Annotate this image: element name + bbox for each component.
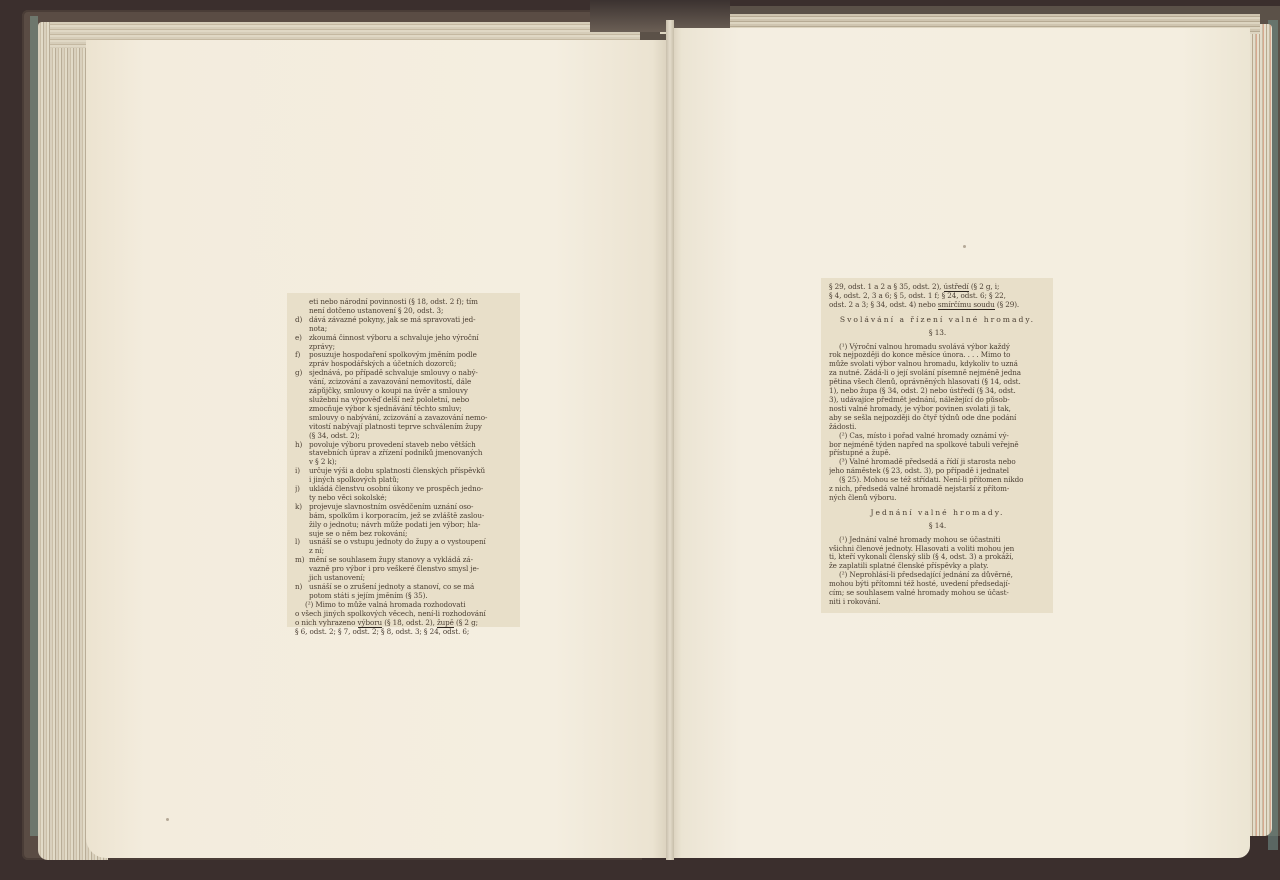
photo-scene: eti nebo národní povinnosti (§ 18, odst.… [0, 0, 1280, 880]
list-marker: j) [295, 485, 309, 494]
text-line: bor nejméně týden napřed na spolkové tab… [829, 441, 1046, 450]
right-clipping: § 29, odst. 1 a 2 a § 35, odst. 2), ústř… [821, 278, 1053, 613]
book-gutter [666, 20, 674, 860]
text-line: eti nebo národní povinnosti (§ 18, odst.… [295, 298, 513, 307]
text-line: za nutné. Žádá-li o její svolání písemně… [829, 369, 1046, 378]
text-line: ti, kteří vykonali členský slib (§ 4, od… [829, 553, 1046, 562]
text-line: nosti valné hromady, je výbor povinen sv… [829, 405, 1046, 414]
text: (§ 2 g, i; [969, 283, 1000, 291]
text-line: niti i rokování. [829, 598, 1046, 607]
list-item: f)posuzuje hospodaření spolkovým jměním … [295, 351, 513, 360]
list-item-text: povoluje výboru provedení staveb nebo vě… [309, 441, 513, 450]
list-item-text: ukládá členstvu osobní úkony ve prospěch… [309, 485, 513, 494]
text-line: žádosti. [829, 423, 1046, 432]
text-line: suje se o něm bez rokování; [295, 530, 513, 539]
underlined-word: župě [437, 619, 454, 628]
text-line: mohou býti přítomni též hosté, uvedení p… [829, 580, 1046, 589]
text: (§ 18, odst. 2), [382, 619, 437, 627]
paper-speck [963, 245, 966, 248]
text-line: i jiných spolkových platů; [295, 476, 513, 485]
list-item: i)určuje výši a dobu splatnosti členskýc… [295, 467, 513, 476]
text-line: stavebních úprav a zřízení podniků jmeno… [295, 449, 513, 458]
list-item: m)mění se souhlasem župy stanovy a vyklá… [295, 556, 513, 565]
text-line: jich ustanovení; [295, 574, 513, 583]
text-line: ných členů výboru. [829, 494, 1046, 503]
text-line: všichni členové jednoty. Hlasovati a vol… [829, 545, 1046, 554]
list-item: j)ukládá členstvu osobní úkony ve prospě… [295, 485, 513, 494]
text-line: není dotčeno ustanovení § 20, odst. 3; [295, 307, 513, 316]
para2-line3: o nich vyhrazeno výboru (§ 18, odst. 2),… [295, 619, 513, 628]
list-item-text: sjednává, po případě schvaluje smlouvy o… [309, 369, 513, 378]
list-marker: g) [295, 369, 309, 378]
text-line: zpráv hospodářských a účetních dozorců; [295, 360, 513, 369]
top-line2: § 4, odst. 2, 3 a 6; § 5, odst. 1 f; § 2… [829, 292, 1046, 301]
text: (§ 29). [995, 301, 1019, 309]
para2-line1: (²) Mimo to může valná hromada rozhodova… [295, 601, 513, 610]
list-item-text: zkoumá činnost výboru a schvaluje jeho v… [309, 334, 513, 343]
text-line: pětina všech členů, oprávněných hlasovat… [829, 378, 1046, 387]
text-line: vazně pro výbor i pro veškeré členstvo s… [295, 565, 513, 574]
text-line: (²) Neprohlásí-li předsedající jednání z… [829, 571, 1046, 580]
text-line: služební na výpověď delší než pololetní,… [295, 396, 513, 405]
text-line: (§ 34, odst. 2); [295, 432, 513, 441]
text-line: bám, spolkům i korporacím, jež se zvlášt… [295, 512, 513, 521]
list-marker: k) [295, 503, 309, 512]
text-line: vání, zcizování a zavazování nemovitostí… [295, 378, 513, 387]
paper-speck [166, 818, 169, 821]
underlined-word: výboru [358, 619, 383, 628]
list-item-text: posuzuje hospodaření spolkovým jměním po… [309, 351, 513, 360]
para2-line2: o všech jiných spolkových věcech, není-l… [295, 610, 513, 619]
text: § 29, odst. 1 a 2 a § 35, odst. 2), [829, 283, 944, 291]
top-line1: § 29, odst. 1 a 2 a § 35, odst. 2), ústř… [829, 283, 1046, 292]
list-item: g)sjednává, po případě schvaluje smlouvy… [295, 369, 513, 378]
text-line: zprávy; [295, 343, 513, 352]
text-line: může svolati výbor valnou hromadu, kdyko… [829, 360, 1046, 369]
list-marker: e) [295, 334, 309, 343]
list-item-text: usnáší se o zrušení jednoty a stanoví, c… [309, 583, 513, 592]
text-line: nota; [295, 325, 513, 334]
text-line: že zaplatili splatné členské příspěvky a… [829, 562, 1046, 571]
section-14-body: (¹) Jednání valné hromady mohou se účast… [829, 536, 1046, 607]
list-marker: l) [295, 538, 309, 547]
text-line: smlouvy o nabývání, zcizování a zavazová… [295, 414, 513, 423]
list-item: l)usnáší se o vstupu jednoty do župy a o… [295, 538, 513, 547]
list-item: h)povoluje výboru provedení staveb nebo … [295, 441, 513, 450]
text-line: (²) Čas, místo i pořad valné hromady ozn… [829, 432, 1046, 441]
text-line: zmocňuje výbor k sjednávání těchto smluv… [295, 405, 513, 414]
list-item-text: usnáší se o vstupu jednoty do župy a o v… [309, 538, 513, 547]
cover-edge-left [30, 16, 38, 836]
list-item: k)projevuje slavnostním osvědčením uznán… [295, 503, 513, 512]
list-item: n)usnáší se o zrušení jednoty a stanoví,… [295, 583, 513, 592]
list-item-text: mění se souhlasem župy stanovy a vykládá… [309, 556, 513, 565]
text-line: z nich, předsedá valné hromadě nejstarší… [829, 485, 1046, 494]
text-line: (³) Valné hromadě předsedá a řídí ji sta… [829, 458, 1046, 467]
list-item: d)dává závazné pokyny, jak se má spravov… [295, 316, 513, 325]
text: o nich vyhrazeno [295, 619, 358, 627]
section-heading: Svolávání a řízení valné hromady. [829, 316, 1046, 325]
section-number: § 13. [829, 329, 1046, 338]
list-marker: d) [295, 316, 309, 325]
text-line: aby se sešla nejpozději do čtyř týdnů od… [829, 414, 1046, 423]
text-line: cím; se souhlasem valné hromady mohou se… [829, 589, 1046, 598]
text-line: přístupné a župě. [829, 449, 1046, 458]
text-line: 1), nebo župa (§ 34, odst. 2) nebo ústře… [829, 387, 1046, 396]
text-line: ty nebo věci sokolské; [295, 494, 513, 503]
text: odst. 2 a 3; § 34, odst. 4) nebo [829, 301, 938, 309]
text-line: rok nejpozději do konce měsíce února. . … [829, 351, 1046, 360]
text-line: z ní; [295, 547, 513, 556]
left-clipping-lines: eti nebo národní povinnosti (§ 18, odst.… [295, 298, 513, 601]
text-line: zápůjčky, smlouvy o koupi na úvěr a smlo… [295, 387, 513, 396]
list-marker: m) [295, 556, 309, 565]
list-marker: n) [295, 583, 309, 592]
section-13-body: (¹) Výroční valnou hromadu svolává výbor… [829, 343, 1046, 503]
list-marker: h) [295, 441, 309, 450]
text-line: (¹) Jednání valné hromady mohou se účast… [829, 536, 1046, 545]
text-line: (§ 25). Mohou se též střídati. Není-li p… [829, 476, 1046, 485]
list-marker: f) [295, 351, 309, 360]
text-line: v § 2 k); [295, 458, 513, 467]
section-number: § 14. [829, 522, 1046, 531]
underlined-word: ústředí [944, 283, 969, 292]
text-line: (¹) Výroční valnou hromadu svolává výbor… [829, 343, 1046, 352]
list-item-text: projevuje slavnostním osvědčením uznání … [309, 503, 513, 512]
list-item-text: určuje výši a dobu splatnosti členských … [309, 467, 513, 476]
underlined-word: smírčímu soudu [938, 301, 995, 310]
text-line: jeho náměstek (§ 23, odst. 3), po případ… [829, 467, 1046, 476]
text-line: vitostí nabývají platnosti teprve schvál… [295, 423, 513, 432]
text-line: potom státi s jejím jměním (§ 35). [295, 592, 513, 601]
section-heading: Jednání valné hromady. [829, 509, 1046, 518]
text-line: žily o jednotu; návrh může podati jen vý… [295, 521, 513, 530]
text-line: 3), udávajíce předmět jednání, náležejíc… [829, 396, 1046, 405]
list-marker: i) [295, 467, 309, 476]
text: (§ 2 g; [454, 619, 478, 627]
top-line3: odst. 2 a 3; § 34, odst. 4) nebo smírčím… [829, 301, 1046, 310]
list-item-text: dává závazné pokyny, jak se má spravovat… [309, 316, 513, 325]
list-item: e)zkoumá činnost výboru a schvaluje jeho… [295, 334, 513, 343]
left-clipping: eti nebo národní povinnosti (§ 18, odst.… [287, 293, 520, 627]
para2-line4: § 6, odst. 2; § 7, odst. 2; § 8, odst. 3… [295, 628, 513, 637]
